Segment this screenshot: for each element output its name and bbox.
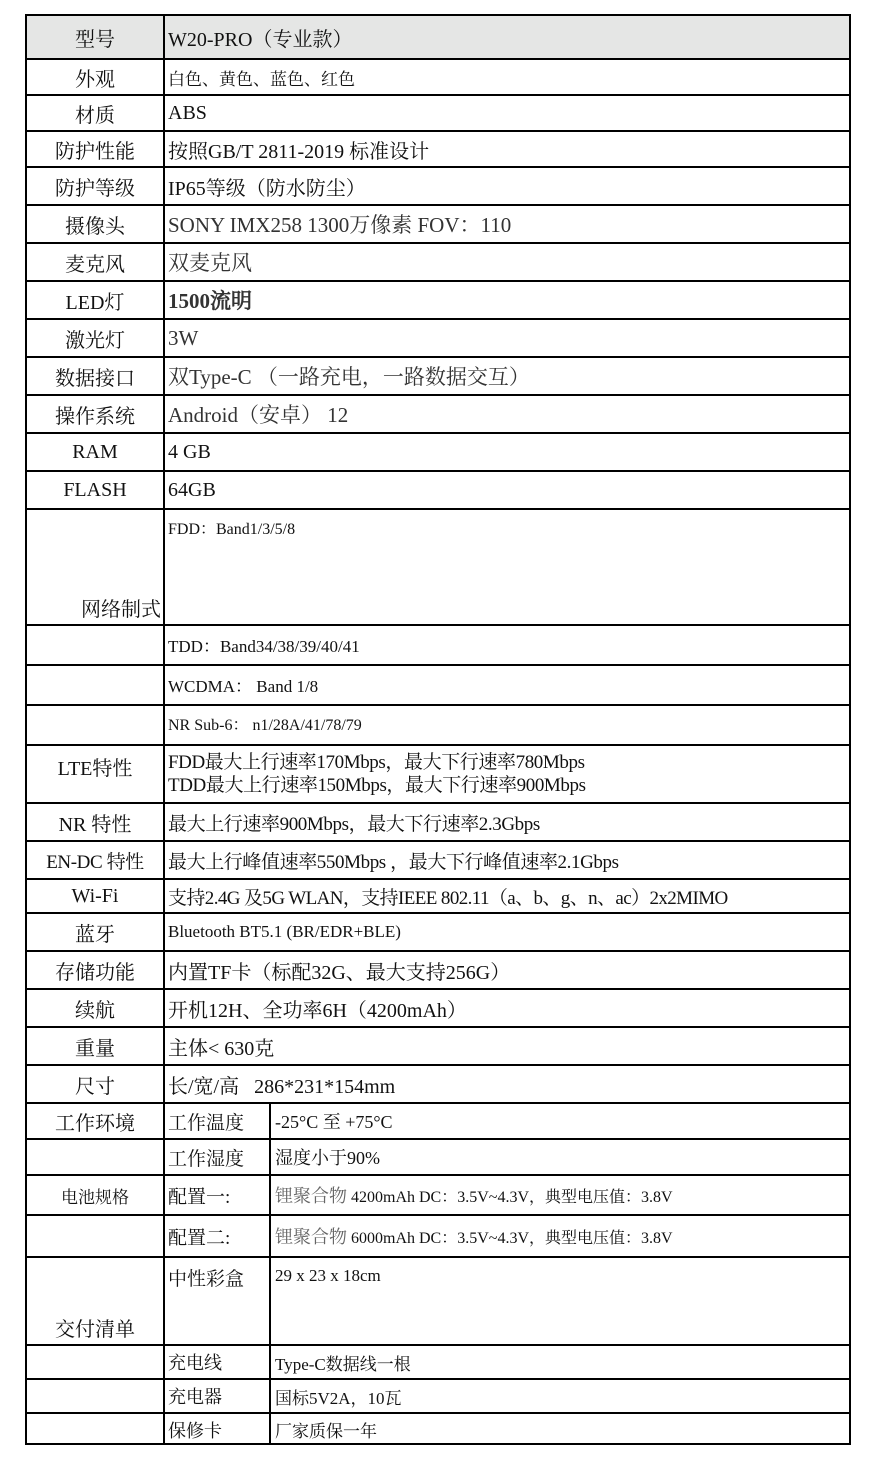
row-value: -25°C 至 +75°C xyxy=(271,1104,849,1138)
table-row: 摄像头 SONY IMX258 1300万像素 FOV：110 xyxy=(27,204,849,242)
row-value: Bluetooth BT5.1 (BR/EDR+BLE) xyxy=(165,914,849,950)
table-row: 存储功能 内置TF卡（标配32G、最大支持256G） xyxy=(27,950,849,988)
row-value: 1500流明 xyxy=(165,282,849,318)
row-label: 麦克风 xyxy=(27,244,165,280)
table-row: WCDMA： Band 1/8 xyxy=(27,664,849,704)
row-value: 开机12H、全功率6H（4200mAh） xyxy=(165,990,849,1026)
table-row: Wi-Fi 支持2.4G 及5G WLAN，支持IEEE 802.11（a、b、… xyxy=(27,878,849,912)
row-label xyxy=(27,1346,165,1378)
row-label: 数据接口 xyxy=(27,358,165,394)
row-label: 操作系统 xyxy=(27,396,165,432)
table-row: FLASH 64GB xyxy=(27,470,849,508)
row-sub-label: 工作温度 xyxy=(165,1104,271,1138)
row-value: 白色、黄色、蓝色、红色 xyxy=(165,60,849,94)
row-label: 防护性能 xyxy=(27,132,165,166)
row-label: 重量 xyxy=(27,1028,165,1064)
table-row: NR Sub-6： n1/28A/41/78/79 xyxy=(27,704,849,744)
row-value: FDD最大上行速率170Mbps，最大下行速率780Mbps TDD最大上行速率… xyxy=(165,746,849,802)
row-value: 支持2.4G 及5G WLAN，支持IEEE 802.11（a、b、g、n、ac… xyxy=(165,880,849,912)
row-label: NR 特性 xyxy=(27,804,165,840)
table-row: 蓝牙 Bluetooth BT5.1 (BR/EDR+BLE) xyxy=(27,912,849,950)
table-row: 外观 白色、黄色、蓝色、红色 xyxy=(27,58,849,94)
row-label: Wi-Fi xyxy=(27,880,165,912)
row-value: 64GB xyxy=(165,472,849,508)
table-row: 交付清单 中性彩盒 29 x 23 x 18cm xyxy=(27,1256,849,1344)
row-value: 锂聚合物 6000mAh DC：3.5V~4.3V，典型电压值：3.8V xyxy=(271,1216,849,1256)
table-row: RAM 4 GB xyxy=(27,432,849,470)
row-label: 外观 xyxy=(27,60,165,94)
row-sub-label: 配置二: xyxy=(165,1216,271,1256)
table-row: 保修卡 厂家质保一年 xyxy=(27,1412,849,1445)
row-value: 最大上行速率900Mbps，最大下行速率2.3Gbps xyxy=(165,804,849,840)
battery-material: 锂聚合物 xyxy=(275,1223,347,1249)
row-sub-label: 工作湿度 xyxy=(165,1140,271,1174)
table-row: 激光灯 3W xyxy=(27,318,849,356)
table-row: 材质 ABS xyxy=(27,94,849,130)
table-row: 重量 主体< 630克 xyxy=(27,1026,849,1064)
row-label: 防护等级 xyxy=(27,168,165,204)
table-row: LED灯 1500流明 xyxy=(27,280,849,318)
table-row: 防护性能 按照GB/T 2811-2019 标准设计 xyxy=(27,130,849,166)
table-row: 防护等级 IP65等级（防水防尘） xyxy=(27,166,849,204)
table-row: 充电器 国标5V2A，10瓦 xyxy=(27,1378,849,1412)
value-line: FDD最大上行速率170Mbps，最大下行速率780Mbps xyxy=(168,751,585,774)
battery-spec: 6000mAh DC：3.5V~4.3V，典型电压值：3.8V xyxy=(347,1225,673,1248)
table-row: 续航 开机12H、全功率6H（4200mAh） xyxy=(27,988,849,1026)
table-row: LTE特性 FDD最大上行速率170Mbps，最大下行速率780Mbps TDD… xyxy=(27,744,849,802)
row-value: Android（安卓） 12 xyxy=(165,396,849,432)
row-value: 国标5V2A，10瓦 xyxy=(271,1380,849,1412)
row-label: 网络制式 xyxy=(27,510,165,624)
row-label: LED灯 xyxy=(27,282,165,318)
row-value: 内置TF卡（标配32G、最大支持256G） xyxy=(165,952,849,988)
row-value: 长/宽/高 286*231*154mm xyxy=(165,1066,849,1102)
row-value: 双麦克风 xyxy=(165,244,849,280)
row-value: SONY IMX258 1300万像素 FOV：110 xyxy=(165,206,849,242)
row-label xyxy=(27,1414,165,1445)
row-label: 尺寸 xyxy=(27,1066,165,1102)
row-label: 型号 xyxy=(27,16,165,58)
spec-table: 型号 W20-PRO（专业款） 外观 白色、黄色、蓝色、红色 材质 ABS 防护… xyxy=(25,14,851,1445)
row-sub-label: 配置一: xyxy=(165,1176,271,1214)
table-row: 充电线 Type-C数据线一根 xyxy=(27,1344,849,1378)
row-label xyxy=(27,706,165,744)
row-label xyxy=(27,626,165,664)
table-row: 尺寸 长/宽/高 286*231*154mm xyxy=(27,1064,849,1102)
row-value: 按照GB/T 2811-2019 标准设计 xyxy=(165,132,849,166)
row-value: 厂家质保一年 xyxy=(271,1414,849,1445)
row-sub-label: 充电器 xyxy=(165,1380,271,1412)
row-sub-label: 保修卡 xyxy=(165,1414,271,1445)
table-row: 电池规格 配置一: 锂聚合物 4200mAh DC：3.5V~4.3V，典型电压… xyxy=(27,1174,849,1214)
row-value: 主体< 630克 xyxy=(165,1028,849,1064)
row-sub-label: 充电线 xyxy=(165,1346,271,1378)
row-label: 激光灯 xyxy=(27,320,165,356)
row-label: 电池规格 xyxy=(27,1176,165,1214)
table-row: 工作环境 工作温度 -25°C 至 +75°C xyxy=(27,1102,849,1138)
row-label: LTE特性 xyxy=(27,746,165,802)
row-label: FLASH xyxy=(27,472,165,508)
row-value: Type-C数据线一根 xyxy=(271,1346,849,1378)
row-value: 4 GB xyxy=(165,434,849,470)
row-label: 蓝牙 xyxy=(27,914,165,950)
row-sub-label: 中性彩盒 xyxy=(165,1258,271,1344)
row-label: RAM xyxy=(27,434,165,470)
table-row: 数据接口 双Type-C （一路充电，一路数据交互） xyxy=(27,356,849,394)
row-label: 材质 xyxy=(27,96,165,130)
row-value: WCDMA： Band 1/8 xyxy=(165,666,849,704)
table-row: 操作系统 Android（安卓） 12 xyxy=(27,394,849,432)
table-row: 配置二: 锂聚合物 6000mAh DC：3.5V~4.3V，典型电压值：3.8… xyxy=(27,1214,849,1256)
row-value: W20-PRO（专业款） xyxy=(165,16,849,58)
row-label: 续航 xyxy=(27,990,165,1026)
row-value: TDD：Band34/38/39/40/41 xyxy=(165,626,849,664)
table-row: TDD：Band34/38/39/40/41 xyxy=(27,624,849,664)
row-label xyxy=(27,1216,165,1256)
battery-spec: 4200mAh DC：3.5V~4.3V，典型电压值：3.8V xyxy=(347,1184,673,1207)
row-label: EN-DC 特性 xyxy=(27,842,165,878)
row-value: ABS xyxy=(165,96,849,130)
table-row: 麦克风 双麦克风 xyxy=(27,242,849,280)
row-value: FDD：Band1/3/5/8 xyxy=(165,510,849,624)
row-value: 湿度小于90% xyxy=(271,1140,849,1174)
row-value: IP65等级（防水防尘） xyxy=(165,168,849,204)
row-value: 29 x 23 x 18cm xyxy=(271,1258,849,1344)
row-label xyxy=(27,1140,165,1174)
row-value: 锂聚合物 4200mAh DC：3.5V~4.3V，典型电压值：3.8V xyxy=(271,1176,849,1214)
row-label xyxy=(27,1380,165,1412)
table-row: 型号 W20-PRO（专业款） xyxy=(27,16,849,58)
row-label: 交付清单 xyxy=(27,1258,165,1344)
table-row: 网络制式 FDD：Band1/3/5/8 xyxy=(27,508,849,624)
row-label: 存储功能 xyxy=(27,952,165,988)
row-label: 工作环境 xyxy=(27,1104,165,1138)
row-value: 双Type-C （一路充电，一路数据交互） xyxy=(165,358,849,394)
value-line: TDD最大上行速率150Mbps，最大下行速率900Mbps xyxy=(168,774,586,797)
table-row: EN-DC 特性 最大上行峰值速率550Mbps ，最大下行峰值速率2.1Gbp… xyxy=(27,840,849,878)
row-label: 摄像头 xyxy=(27,206,165,242)
row-label xyxy=(27,666,165,704)
row-value: 最大上行峰值速率550Mbps ，最大下行峰值速率2.1Gbps xyxy=(165,842,849,878)
table-row: 工作湿度 湿度小于90% xyxy=(27,1138,849,1174)
row-value: 3W xyxy=(165,320,849,356)
row-value: NR Sub-6： n1/28A/41/78/79 xyxy=(165,706,849,744)
table-row: NR 特性 最大上行速率900Mbps，最大下行速率2.3Gbps xyxy=(27,802,849,840)
battery-material: 锂聚合物 xyxy=(275,1182,347,1208)
